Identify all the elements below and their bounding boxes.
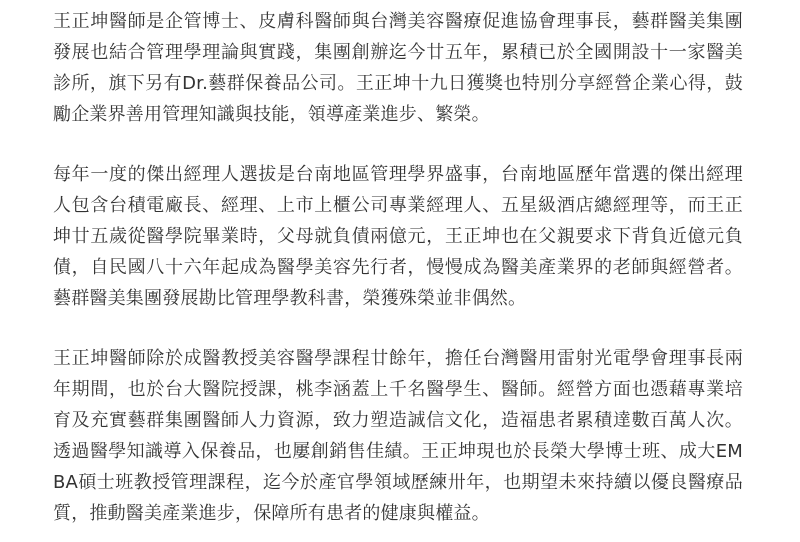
article-paragraph-2: 每年一度的傑出經理人選拔是台南地區管理學界盛事，台南地區歷年當選的傑出經理人包含… <box>53 159 743 314</box>
article-body: 王正坤醫師是企管博士、皮膚科醫師與台灣美容醫療促進協會理事長，藝群醫美集團發展也… <box>53 6 743 529</box>
article-paragraph-3: 王正坤醫師除於成醫教授美容醫學課程廿餘年，擔任台灣醫用雷射光電學會理事長兩年期間… <box>53 343 743 529</box>
article-paragraph-1: 王正坤醫師是企管博士、皮膚科醫師與台灣美容醫療促進協會理事長，藝群醫美集團發展也… <box>53 6 743 130</box>
